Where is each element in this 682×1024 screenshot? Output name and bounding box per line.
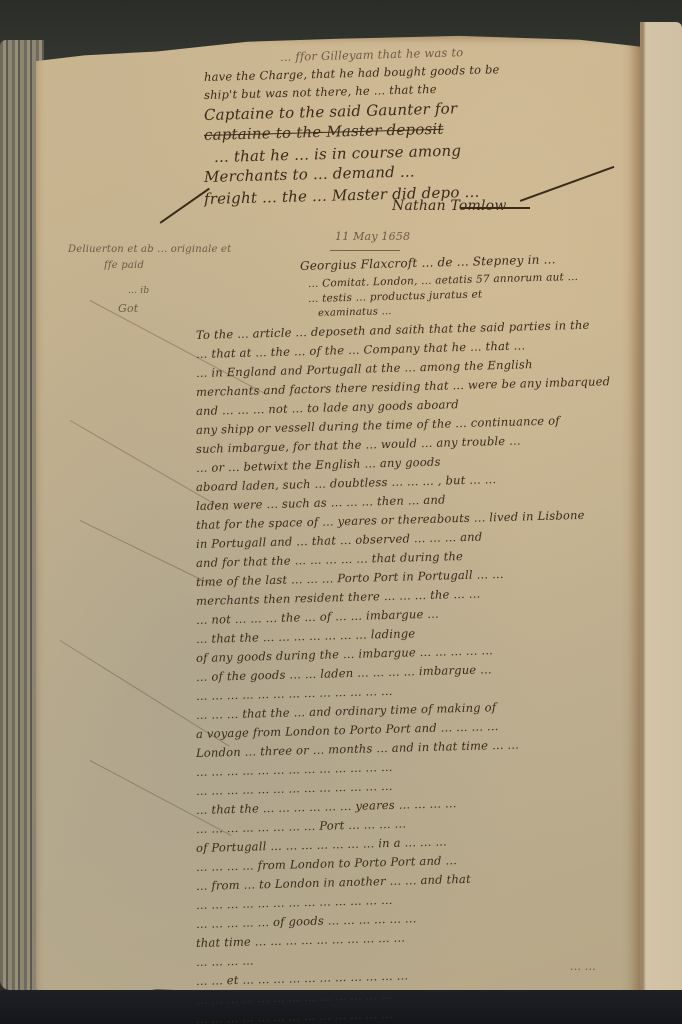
signature: Nathan Tomlow xyxy=(392,198,507,214)
facing-page-edge xyxy=(640,22,682,1002)
date-rule xyxy=(330,250,400,251)
deposition-body: To the ... article ... deposeth and sait… xyxy=(196,326,634,1024)
closing-word: ... ... xyxy=(570,960,596,973)
margin-note: Got xyxy=(118,302,138,315)
margin-note: Deliuerton et ab ... originale et xyxy=(68,244,231,255)
entry-date: 11 May 1658 xyxy=(335,230,410,243)
margin-note: ... ib xyxy=(128,286,149,296)
signature-underline xyxy=(460,207,530,209)
margin-note: ffe paid xyxy=(104,260,144,271)
